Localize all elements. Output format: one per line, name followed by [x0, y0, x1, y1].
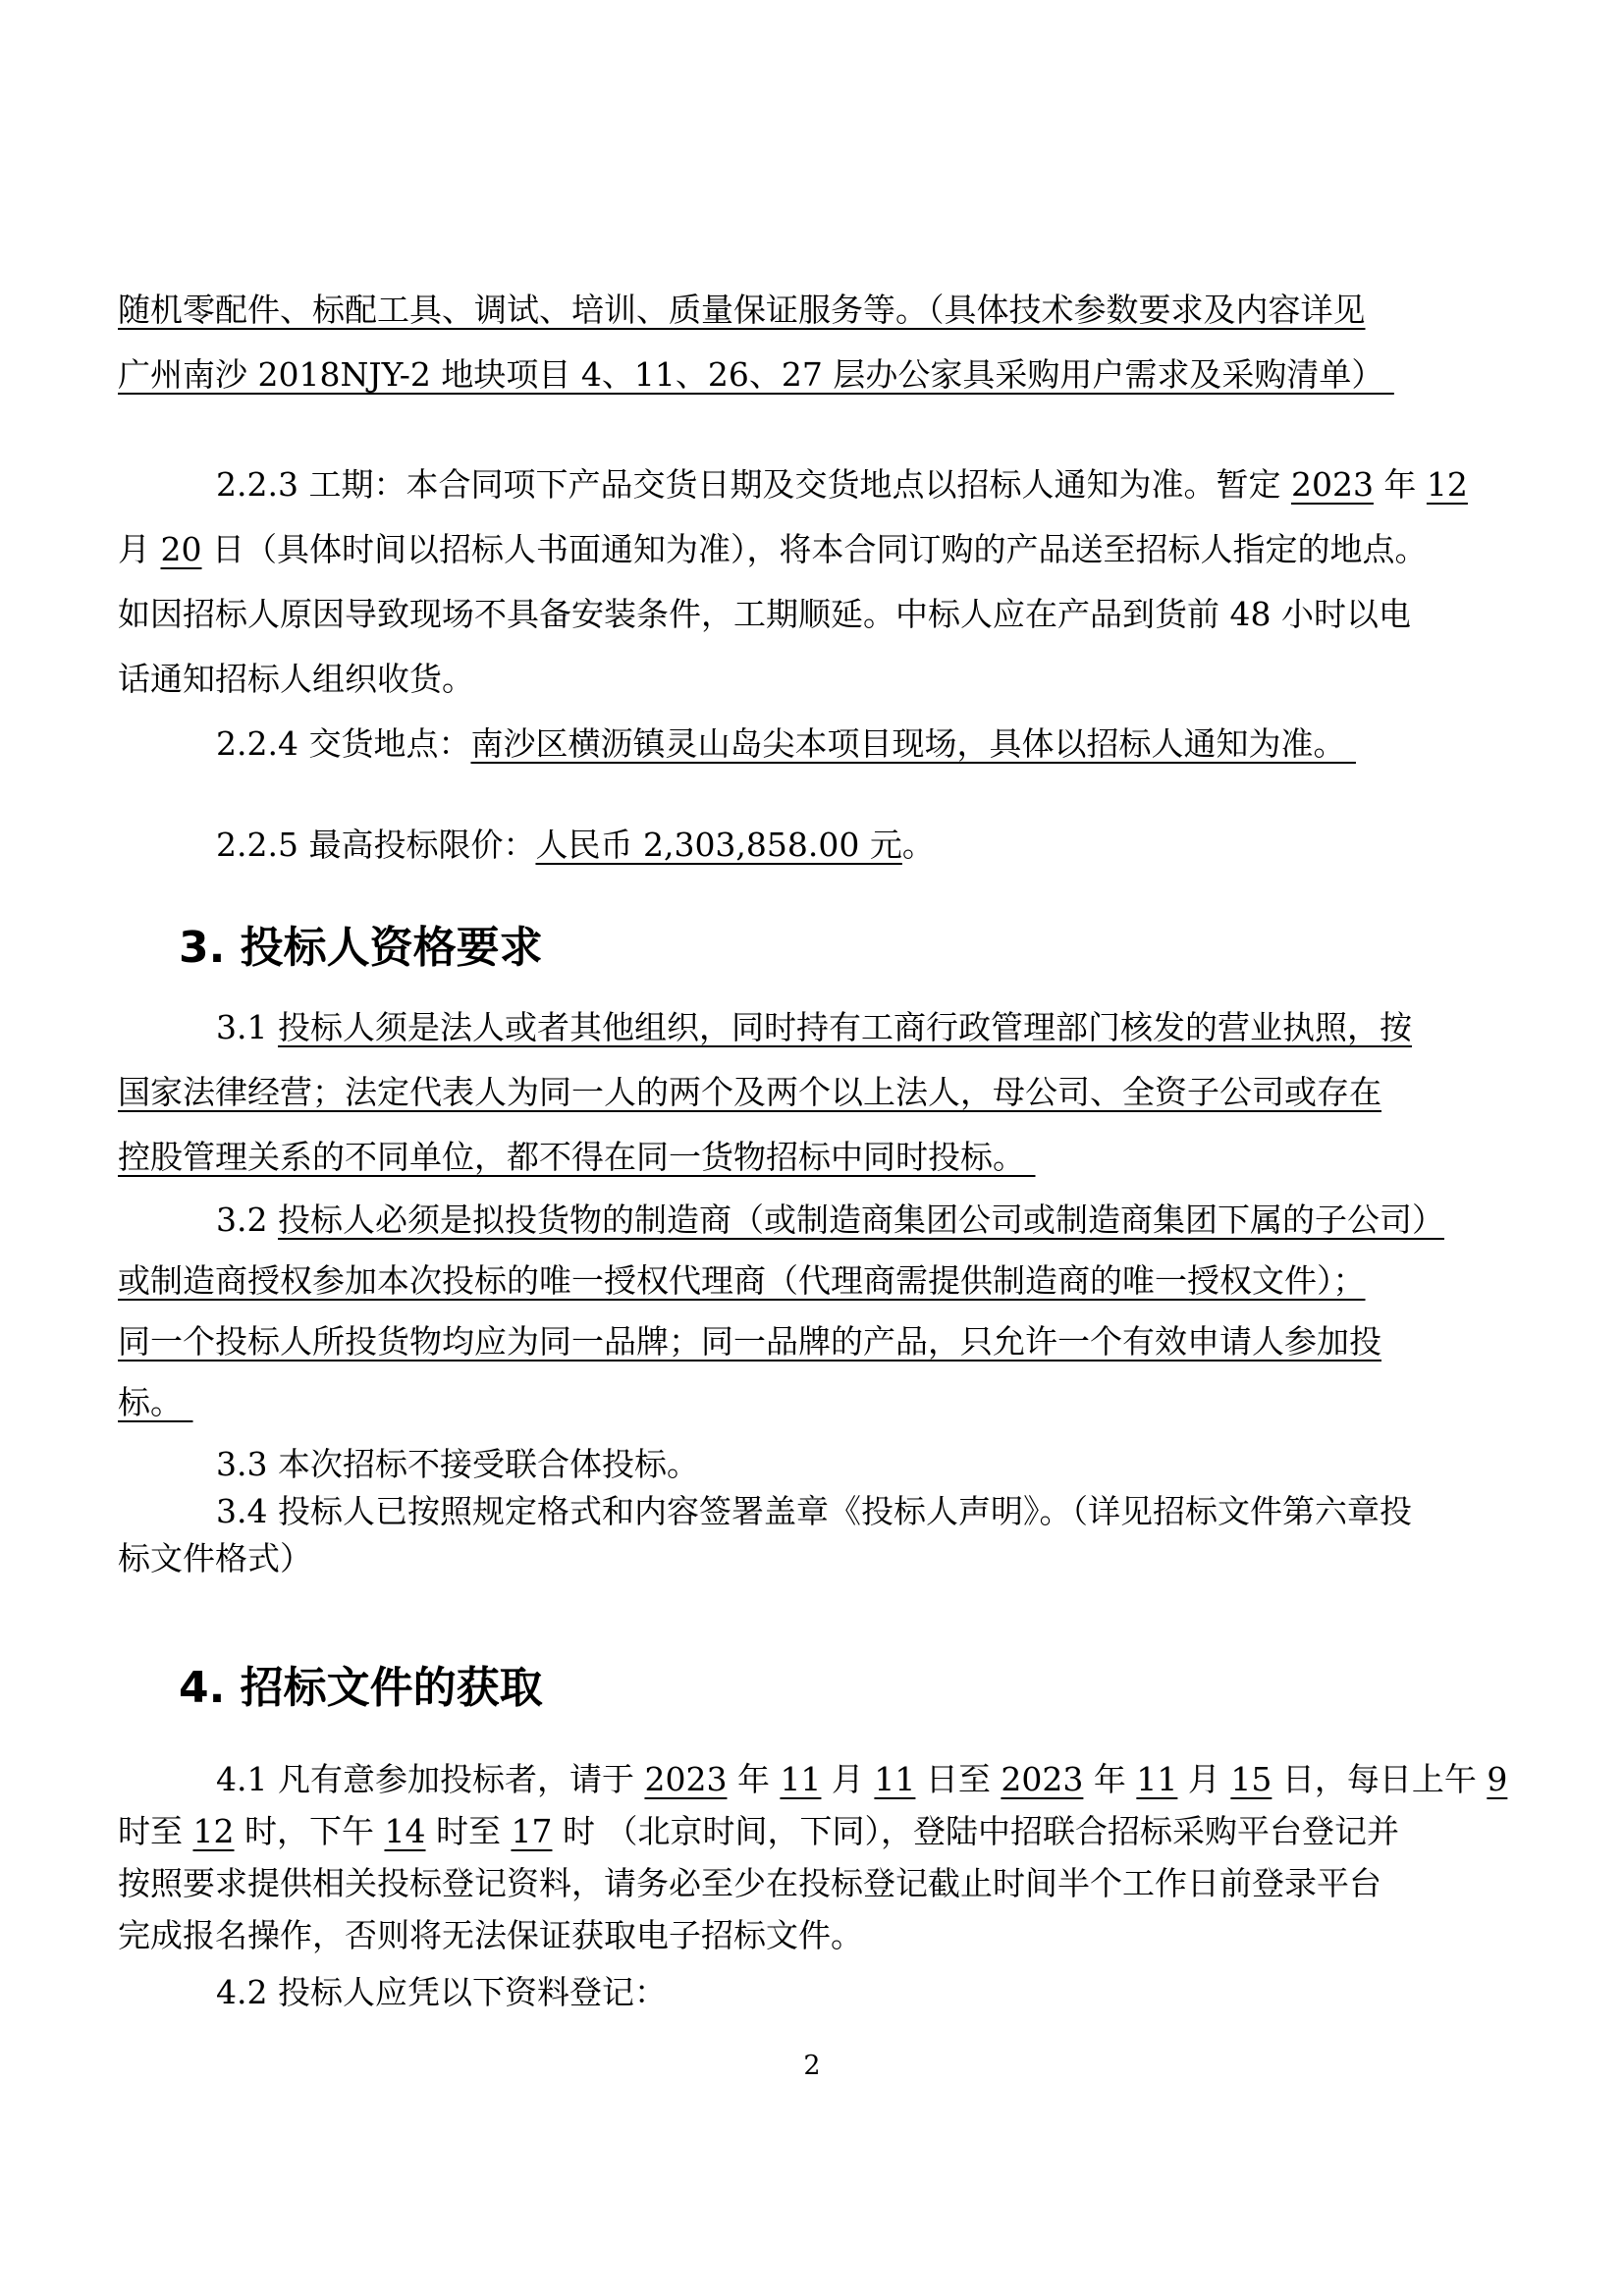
clause-2-2-4-delivery-place: 2.2.4 交货地点：南沙区横沥镇灵山岛尖本项目现场，具体以招标人通知为准。 [118, 712, 1504, 776]
text-line: 月 20 日（具体时间以招标人书面通知为准），将本合同订购的产品送至招标人指定的… [118, 517, 1504, 582]
text-line: 或制造商授权参加本次投标的唯一授权代理商（代理商需提供制造商的唯一授权文件）； [118, 1251, 1504, 1311]
text-line: 2.2.3 工期：本合同项下产品交货日期及交货地点以招标人通知为准。暂定 202… [118, 453, 1504, 517]
text-line: 同一个投标人所投货物均应为同一品牌；同一品牌的产品，只允许一个有效申请人参加投 [118, 1311, 1504, 1372]
text-line: 时至 12 时，下午 14 时至 17 时 （北京时间，下同），登陆中招联合招标… [118, 1805, 1504, 1857]
page-number: 2 [0, 2050, 1624, 2083]
section-3-heading: 3. 投标人资格要求 [118, 921, 1504, 976]
text-line: 2.2.5 最高投标限价：人民币 2,303,858.00 元。 [118, 813, 1504, 878]
text-line: 3.1 投标人须是法人或者其他组织，同时持有工商行政管理部门核发的营业执照，按 [118, 995, 1504, 1060]
clauses-3-3-and-3-4: 3.3 本次招标不接受联合体投标。 3.4 投标人已按照规定格式和内容签署盖章《… [118, 1441, 1504, 1582]
document-page: 随机零配件、标配工具、调试、培训、质量保证服务等。（具体技术参数要求及内容详见 … [0, 0, 1624, 2296]
text-line: 国家法律经营；法定代表人为同一人的两个及两个以上法人，母公司、全资子公司或存在 [118, 1060, 1504, 1125]
document-body: 随机零配件、标配工具、调试、培训、质量保证服务等。（具体技术参数要求及内容详见 … [118, 278, 1504, 2018]
text-line: 广州南沙 2018NJY-2 地块项目 4、11、26、27 层办公家具采购用户… [118, 343, 1504, 407]
text-line: 如因招标人原因导致现场不具备安装条件，工期顺延。中标人应在产品到货前 48 小时… [118, 582, 1504, 647]
text-line: 完成报名操作，否则将无法保证获取电子招标文件。 [118, 1909, 1504, 1961]
text-line: 2.2.4 交货地点：南沙区横沥镇灵山岛尖本项目现场，具体以招标人通知为准。 [118, 712, 1504, 776]
text-line: 3.4 投标人已按照规定格式和内容签署盖章《投标人声明》。（详见招标文件第六章投 [118, 1488, 1504, 1535]
section-4-heading: 4. 招标文件的获取 [118, 1661, 1504, 1716]
clause-3-2-manufacturer-requirement: 3.2 投标人必须是拟投货物的制造商（或制造商集团公司或制造商集团下属的子公司）… [118, 1190, 1504, 1433]
clause-3-1-bidder-qualification: 3.1 投标人须是法人或者其他组织，同时持有工商行政管理部门核发的营业执照，按 … [118, 995, 1504, 1190]
text-line: 随机零配件、标配工具、调试、培训、质量保证服务等。（具体技术参数要求及内容详见 [118, 278, 1504, 343]
text-line: 按照要求提供相关投标登记资料，请务必至少在投标登记截止时间半个工作日前登录平台 [118, 1857, 1504, 1909]
clause-4-2-registration-materials: 4.2 投标人应凭以下资料登记： [118, 1966, 1504, 2018]
text-line: 话通知招标人组织收货。 [118, 647, 1504, 712]
clause-2-2-3-delivery-period: 2.2.3 工期：本合同项下产品交货日期及交货地点以招标人通知为准。暂定 202… [118, 453, 1504, 712]
clause-4-1-registration-period: 4.1 凡有意参加投标者，请于 2023 年 11 月 11 日至 2023 年… [118, 1753, 1504, 1961]
text-line: 3.2 投标人必须是拟投货物的制造商（或制造商集团公司或制造商集团下属的子公司） [118, 1190, 1504, 1251]
clause-2-2-2-continuation: 随机零配件、标配工具、调试、培训、质量保证服务等。（具体技术参数要求及内容详见 … [118, 278, 1504, 407]
text-line: 标。 [118, 1372, 1504, 1433]
text-line: 4.2 投标人应凭以下资料登记： [118, 1966, 1504, 2018]
text-line: 4.1 凡有意参加投标者，请于 2023 年 11 月 11 日至 2023 年… [118, 1753, 1504, 1805]
clause-2-2-5-price-limit: 2.2.5 最高投标限价：人民币 2,303,858.00 元。 [118, 813, 1504, 878]
text-line: 3.3 本次招标不接受联合体投标。 [118, 1441, 1504, 1488]
text-line: 标文件格式） [118, 1535, 1504, 1582]
text-line: 控股管理关系的不同单位，都不得在同一货物招标中同时投标。 [118, 1125, 1504, 1190]
